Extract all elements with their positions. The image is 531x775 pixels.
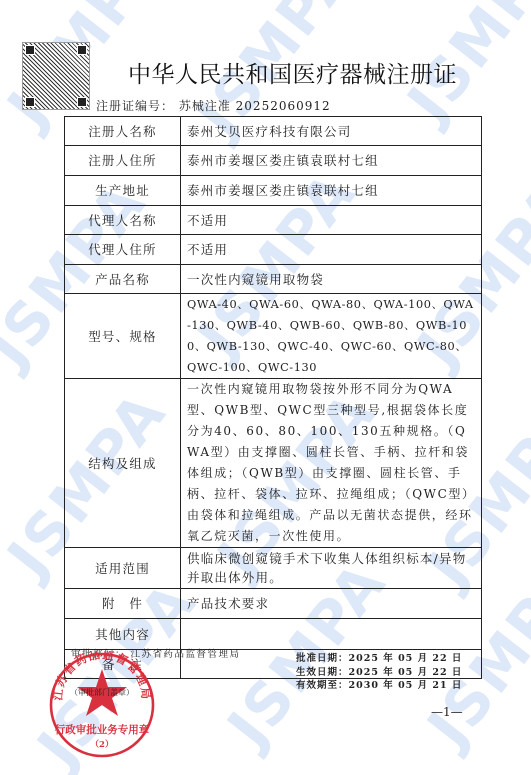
row-label: 生产地址: [65, 176, 181, 206]
row-label: 代理人名称: [65, 206, 181, 235]
row-label: 附 件: [65, 589, 181, 619]
approval-date: 批准日期：2025 年 05 月 22 日: [296, 652, 462, 666]
row-value: 一次性内窥镜用取物袋: [181, 265, 482, 294]
official-seal-icon: 江苏省药品监督管理局 （审批部门盖章） 行政审批业务专用章 （2）: [48, 651, 156, 759]
table-row: 型号、规格 QWA-40、QWA-60、QWA-80、QWA-100、QWA-1…: [65, 294, 482, 379]
table-row: 产品名称 一次性内窥镜用取物袋: [65, 265, 482, 294]
table-row: 附 件 产品技术要求: [65, 589, 482, 619]
effective-date: 生效日期：2025 年 05 月 22 日: [296, 666, 462, 680]
registration-number-label: 注册证编号：: [96, 99, 174, 113]
registration-number-value: 苏械注准 20252060912: [179, 99, 331, 113]
table-row: 注册人名称 泰州艾贝医疗科技有限公司: [65, 117, 482, 146]
expiry-date-value: 2030 年 05 月 21 日: [349, 680, 463, 691]
row-value: 产品技术要求: [181, 589, 482, 619]
table-row: 注册人住所 泰州市姜堰区娄庄镇袁联村七组: [65, 146, 482, 176]
table-row: 适用范围 供临床微创窥镜手术下收集人体组织标本/异物并取出体外用。: [65, 548, 482, 589]
registration-number: 注册证编号： 苏械注准 20252060912: [96, 97, 331, 114]
effective-date-value: 2025 年 05 月 22 日: [349, 667, 463, 678]
qr-finder-mark: [25, 97, 35, 107]
row-value: QWA-40、QWA-60、QWA-80、QWA-100、QWA-130、QWB…: [181, 294, 482, 379]
table-row: 结构及组成 一次性内窥镜用取物袋按外形不同分为QWA型、QWB型、QWC型三种型…: [65, 379, 482, 548]
row-value: 泰州市姜堰区娄庄镇袁联村七组: [181, 176, 482, 206]
table-row: 代理人住所 不适用: [65, 235, 482, 265]
seal-caption: （审批部门盖章）: [70, 687, 134, 697]
table-row: 其他内容: [65, 619, 482, 650]
seal-number: （2）: [91, 739, 114, 750]
row-label: 注册人住所: [65, 146, 181, 176]
row-value: [181, 619, 482, 650]
effective-date-label: 生效日期：: [296, 667, 349, 678]
row-value: 一次性内窥镜用取物袋按外形不同分为QWA型、QWB型、QWC型三种型号,根据袋体…: [181, 379, 482, 548]
row-label: 产品名称: [65, 265, 181, 294]
row-value: 不适用: [181, 206, 482, 235]
approval-date-value: 2025 年 05 月 22 日: [349, 653, 463, 664]
seal-bottom-text: 行政审批业务专用章: [55, 723, 150, 736]
row-value: 不适用: [181, 235, 482, 265]
qr-finder-mark: [77, 45, 87, 55]
expiry-date-label: 有效期至：: [296, 680, 349, 691]
row-label: 型号、规格: [65, 294, 181, 379]
table-row: 生产地址 泰州市姜堰区娄庄镇袁联村七组: [65, 176, 482, 206]
page-number: —1—: [431, 705, 463, 719]
row-value: 供临床微创窥镜手术下收集人体组织标本/异物并取出体外用。: [181, 548, 482, 589]
table-row: 代理人名称 不适用: [65, 206, 482, 235]
row-value: 泰州市姜堰区娄庄镇袁联村七组: [181, 146, 482, 176]
qr-code: [22, 42, 90, 110]
approval-date-label: 批准日期：: [296, 653, 349, 664]
row-label: 适用范围: [65, 548, 181, 589]
row-value: 泰州艾贝医疗科技有限公司: [181, 117, 482, 146]
page-title: 中华人民共和国医疗器械注册证: [128, 56, 457, 89]
row-label: 代理人住所: [65, 235, 181, 265]
expiry-date: 有效期至：2030 年 05 月 21 日: [296, 679, 462, 693]
row-label: 结构及组成: [65, 379, 181, 548]
certificate-table: 注册人名称 泰州艾贝医疗科技有限公司 注册人住所 泰州市姜堰区娄庄镇袁联村七组 …: [64, 116, 482, 679]
dates-block: 批准日期：2025 年 05 月 22 日 生效日期：2025 年 05 月 2…: [296, 652, 462, 693]
row-label: 注册人名称: [65, 117, 181, 146]
row-label: 其他内容: [65, 619, 181, 650]
